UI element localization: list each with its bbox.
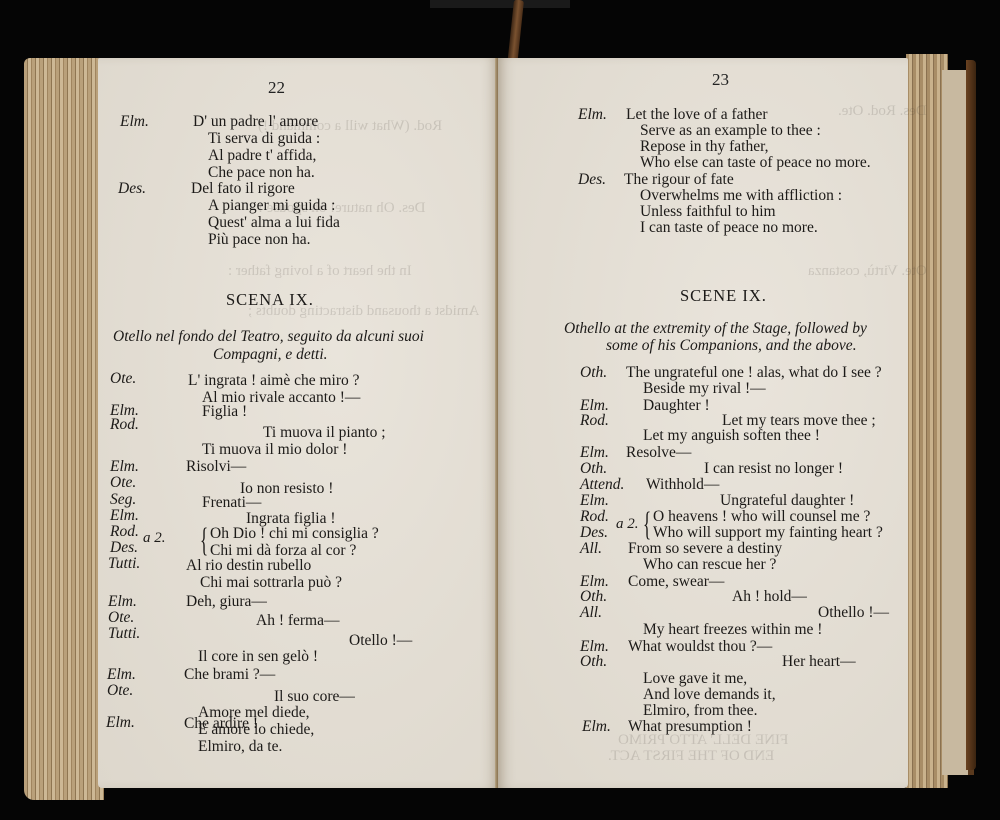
speaker-label: Tutti. bbox=[108, 555, 140, 573]
stage-direction: Compagni, e detti. bbox=[213, 346, 328, 364]
stage-direction: Othello at the extremity of the Stage, f… bbox=[564, 320, 867, 338]
dialogue-line: Deh, giura— bbox=[186, 593, 267, 611]
bleed-through-text: In the heart of a loving father : bbox=[228, 263, 412, 280]
verse-line: A pianger mi guida : bbox=[208, 197, 335, 215]
speaker-label: Tutti. bbox=[108, 625, 140, 643]
verse-line: D' un padre l' amore bbox=[193, 113, 318, 131]
speaker-label: Oth. bbox=[580, 364, 607, 382]
bleed-through-text: END OF THE FIRST ACT. bbox=[608, 748, 774, 765]
speaker-label: Ote. bbox=[110, 474, 136, 492]
book-cover-top bbox=[430, 0, 570, 8]
dialogue-line: Otello !— bbox=[349, 632, 412, 650]
verse-line: Più pace non ha. bbox=[208, 231, 310, 249]
verse-line: I can taste of peace no more. bbox=[640, 219, 818, 237]
speaker-label: Rod. bbox=[580, 412, 609, 430]
dialogue-line: Figlia ! bbox=[202, 403, 247, 421]
speaker-label: Elm. bbox=[582, 718, 611, 736]
ribbon-bookmark bbox=[508, 0, 524, 62]
dialogue-line: Al rio destin rubello bbox=[186, 557, 311, 575]
verse-line: Quest' alma a lui fida bbox=[208, 214, 340, 232]
brace: { bbox=[200, 524, 208, 558]
speaker-label: Rod. bbox=[110, 416, 139, 434]
dialogue-line: Il core in sen gelò ! bbox=[198, 648, 318, 666]
page-number: 23 bbox=[712, 70, 729, 90]
dialogue-line: Ah ! ferma— bbox=[256, 612, 340, 630]
right-page: 23 Des. Rod. Ote. Ote. Virtù, costanza F… bbox=[498, 58, 908, 788]
verse-line: Ti serva di guida : bbox=[208, 130, 320, 148]
speaker-label: Elm. bbox=[106, 714, 135, 732]
dialogue-line: Chi mai sottrarla può ? bbox=[200, 574, 342, 592]
dialogue-line: Let my anguish soften thee ! bbox=[643, 427, 820, 445]
dialogue-line: Ah ! hold— bbox=[732, 588, 807, 606]
page-edges-left bbox=[24, 58, 104, 800]
dialogue-line: Resolve— bbox=[626, 444, 691, 462]
dialogue-line: Come, swear— bbox=[628, 573, 724, 591]
dialogue-line: Risolvi— bbox=[186, 458, 246, 476]
dialogue-line: Che brami ?— bbox=[184, 666, 275, 684]
a-due-label: a 2. bbox=[616, 516, 639, 533]
dialogue-line: I can resist no longer ! bbox=[704, 460, 843, 478]
bleed-through-text: Des. Rod. Ote. bbox=[838, 103, 927, 120]
dialogue-line: Who can rescue her ? bbox=[643, 556, 776, 574]
dialogue-line: Ti muova il mio dolor ! bbox=[202, 441, 347, 459]
scene-heading: SCENA IX. bbox=[226, 290, 314, 310]
dialogue-line: Beside my rival !— bbox=[643, 380, 766, 398]
speaker-label: All. bbox=[580, 604, 602, 622]
dialogue-line: Oh Dio ! chi mi consiglia ? bbox=[210, 525, 379, 543]
speaker-label: Des. bbox=[118, 180, 146, 198]
book-cover-right bbox=[966, 60, 976, 770]
dialogue-line: What presumption ! bbox=[628, 718, 752, 736]
dialogue-line: Othello !— bbox=[818, 604, 889, 622]
a-due-label: a 2. bbox=[143, 530, 166, 547]
speaker-label: Elm. bbox=[120, 113, 149, 131]
bleed-through-text: Ote. Virtù, costanza bbox=[808, 263, 927, 280]
scene-heading: SCENE IX. bbox=[680, 286, 767, 306]
stage-direction: some of his Companions, and the above. bbox=[606, 337, 857, 355]
dialogue-line: My heart freezes within me ! bbox=[643, 621, 822, 639]
verse-line: Del fato il rigore bbox=[191, 180, 295, 198]
brace: { bbox=[643, 508, 651, 542]
dialogue-line: Elmiro, da te. bbox=[198, 738, 282, 756]
dialogue-line: What wouldst thou ?— bbox=[628, 638, 772, 656]
dialogue-line: Withhold— bbox=[646, 476, 719, 494]
speaker-label: Ote. bbox=[110, 370, 136, 388]
dialogue-line: Che ardire ! bbox=[184, 715, 258, 733]
speaker-label: Ote. bbox=[107, 682, 133, 700]
dialogue-line: Daughter ! bbox=[643, 397, 710, 415]
stage-direction: Otello nel fondo del Teatro, seguito da … bbox=[113, 328, 424, 346]
speaker-label: Elm. bbox=[578, 106, 607, 124]
dialogue-line: Ti muova il pianto ; bbox=[263, 424, 386, 442]
left-page: 22 Rod. (What will a command !) Des. Oh … bbox=[98, 58, 498, 788]
verse-line: Who else can taste of peace no more. bbox=[640, 154, 871, 172]
verse-line: Al padre t' affida, bbox=[208, 147, 316, 165]
dialogue-line: L' ingrata ! aimè che miro ? bbox=[188, 372, 360, 390]
page-number: 22 bbox=[268, 78, 285, 98]
speaker-label: Oth. bbox=[580, 653, 607, 671]
speaker-label: All. bbox=[580, 540, 602, 558]
dialogue-line: Her heart— bbox=[782, 653, 856, 671]
speaker-label: Des. bbox=[578, 171, 606, 189]
